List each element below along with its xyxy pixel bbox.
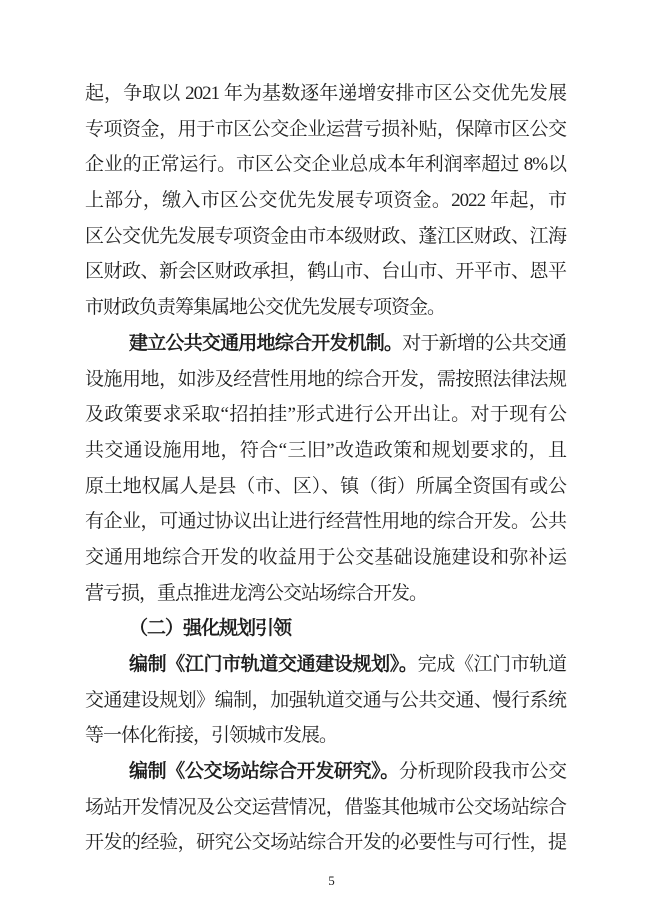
text-lines: 起，争取以 2021 年为基数逐年递增安排市区公交优先发展专项资金，用于市区公交… xyxy=(85,76,566,861)
bold-lead-text: 编制《公交场站综合开发研究》。 xyxy=(129,761,399,782)
page-footer: 5 xyxy=(0,871,663,891)
text-line: 上部分，缴入市区公交优先发展专项资金。2022 年起，市 xyxy=(85,183,566,219)
body-text: 营亏损，重点推进龙湾公交站场综合开发。 xyxy=(85,583,427,604)
body-text: 等一体化衔接，引领城市发展。 xyxy=(85,725,337,746)
text-line: 场站开发情况及公交运营情况，借鉴其他城市公交场站综合 xyxy=(85,790,566,826)
body-text: 完成《江门市轨道 xyxy=(418,654,566,675)
body-text: 企业的正常运行。市区公交企业总成本年利润率超过 8%以 xyxy=(85,154,566,175)
body-text: 起，争取以 2021 年为基数逐年递增安排市区公交优先发展 xyxy=(85,83,566,104)
body-text: 开发的经验，研究公交场站综合开发的必要性与可行性，提 xyxy=(85,832,566,853)
text-line: 交通用地综合开发的收益用于公交基础设施建设和弥补运 xyxy=(85,540,566,576)
bold-lead-text: 建立公共交通用地综合开发机制。 xyxy=(129,333,402,354)
text-line: 及政策要求采取“招拍挂”形式进行公开出让。对于现有公 xyxy=(85,397,566,433)
body-text: 上部分，缴入市区公交优先发展专项资金。2022 年起，市 xyxy=(85,190,566,211)
bold-lead-text: 编制《江门市轨道交通建设规划》。 xyxy=(129,654,418,675)
body-text: 专项资金，用于市区公交企业运营亏损补贴，保障市区公交 xyxy=(85,119,566,140)
text-line: 原土地权属人是县（市、区）、镇（街）所属全资国有或公 xyxy=(85,469,566,505)
text-line: 营亏损，重点推进龙湾公交站场综合开发。 xyxy=(85,576,566,612)
text-line: 等一体化衔接，引领城市发展。 xyxy=(85,718,566,754)
body-text: 设施用地，如涉及经营性用地的综合开发，需按照法律法规 xyxy=(85,369,566,390)
text-line: 建立公共交通用地综合开发机制。对于新增的公共交通 xyxy=(85,326,566,362)
document-page: 起，争取以 2021 年为基数逐年递增安排市区公交优先发展专项资金，用于市区公交… xyxy=(0,0,663,907)
body-text: 原土地权属人是县（市、区）、镇（街）所属全资国有或公 xyxy=(85,476,566,497)
text-line: 有企业，可通过协议出让进行经营性用地的综合开发。公共 xyxy=(85,504,566,540)
text-line: 开发的经验，研究公交场站综合开发的必要性与可行性，提 xyxy=(85,825,566,861)
body-text: 分析现阶段我市公交 xyxy=(399,761,566,782)
body-text: 交通建设规划》编制，加强轨道交通与公共交通、慢行系统 xyxy=(85,690,566,711)
page-number: 5 xyxy=(328,873,335,888)
text-line: 设施用地，如涉及经营性用地的综合开发，需按照法律法规 xyxy=(85,362,566,398)
body-text: 区财政、新会区财政承担，鹤山市、台山市、开平市、恩平 xyxy=(85,261,566,282)
text-line: 市财政负责筹集属地公交优先发展专项资金。 xyxy=(85,290,566,326)
body-text: 市财政负责筹集属地公交优先发展专项资金。 xyxy=(85,297,445,318)
text-line: 起，争取以 2021 年为基数逐年递增安排市区公交优先发展 xyxy=(85,76,566,112)
text-line: 专项资金，用于市区公交企业运营亏损补贴，保障市区公交 xyxy=(85,112,566,148)
body-text: 有企业，可通过协议出让进行经营性用地的综合开发。公共 xyxy=(85,511,566,532)
text-line: 区公交优先发展专项资金由市本级财政、蓬江区财政、江海 xyxy=(85,219,566,255)
text-line: 交通建设规划》编制，加强轨道交通与公共交通、慢行系统 xyxy=(85,683,566,719)
text-line: 企业的正常运行。市区公交企业总成本年利润率超过 8%以 xyxy=(85,147,566,183)
body-text: 区公交优先发展专项资金由市本级财政、蓬江区财政、江海 xyxy=(85,226,566,247)
body-text: 共交通设施用地，符合“三旧”改造政策和规划要求的，且 xyxy=(85,440,566,461)
body-text: 对于新增的公共交通 xyxy=(402,333,566,354)
body-text: 场站开发情况及公交运营情况，借鉴其他城市公交场站综合 xyxy=(85,797,566,818)
bold-lead-text: （二）强化规划引领 xyxy=(129,618,291,639)
body-text: 交通用地综合开发的收益用于公交基础设施建设和弥补运 xyxy=(85,547,566,568)
text-line: 编制《公交场站综合开发研究》。分析现阶段我市公交 xyxy=(85,754,566,790)
text-line: 区财政、新会区财政承担，鹤山市、台山市、开平市、恩平 xyxy=(85,254,566,290)
text-line: 编制《江门市轨道交通建设规划》。完成《江门市轨道 xyxy=(85,647,566,683)
text-line: 共交通设施用地，符合“三旧”改造政策和规划要求的，且 xyxy=(85,433,566,469)
body-text: 及政策要求采取“招拍挂”形式进行公开出让。对于现有公 xyxy=(85,404,566,425)
text-line: （二）强化规划引领 xyxy=(85,611,566,647)
